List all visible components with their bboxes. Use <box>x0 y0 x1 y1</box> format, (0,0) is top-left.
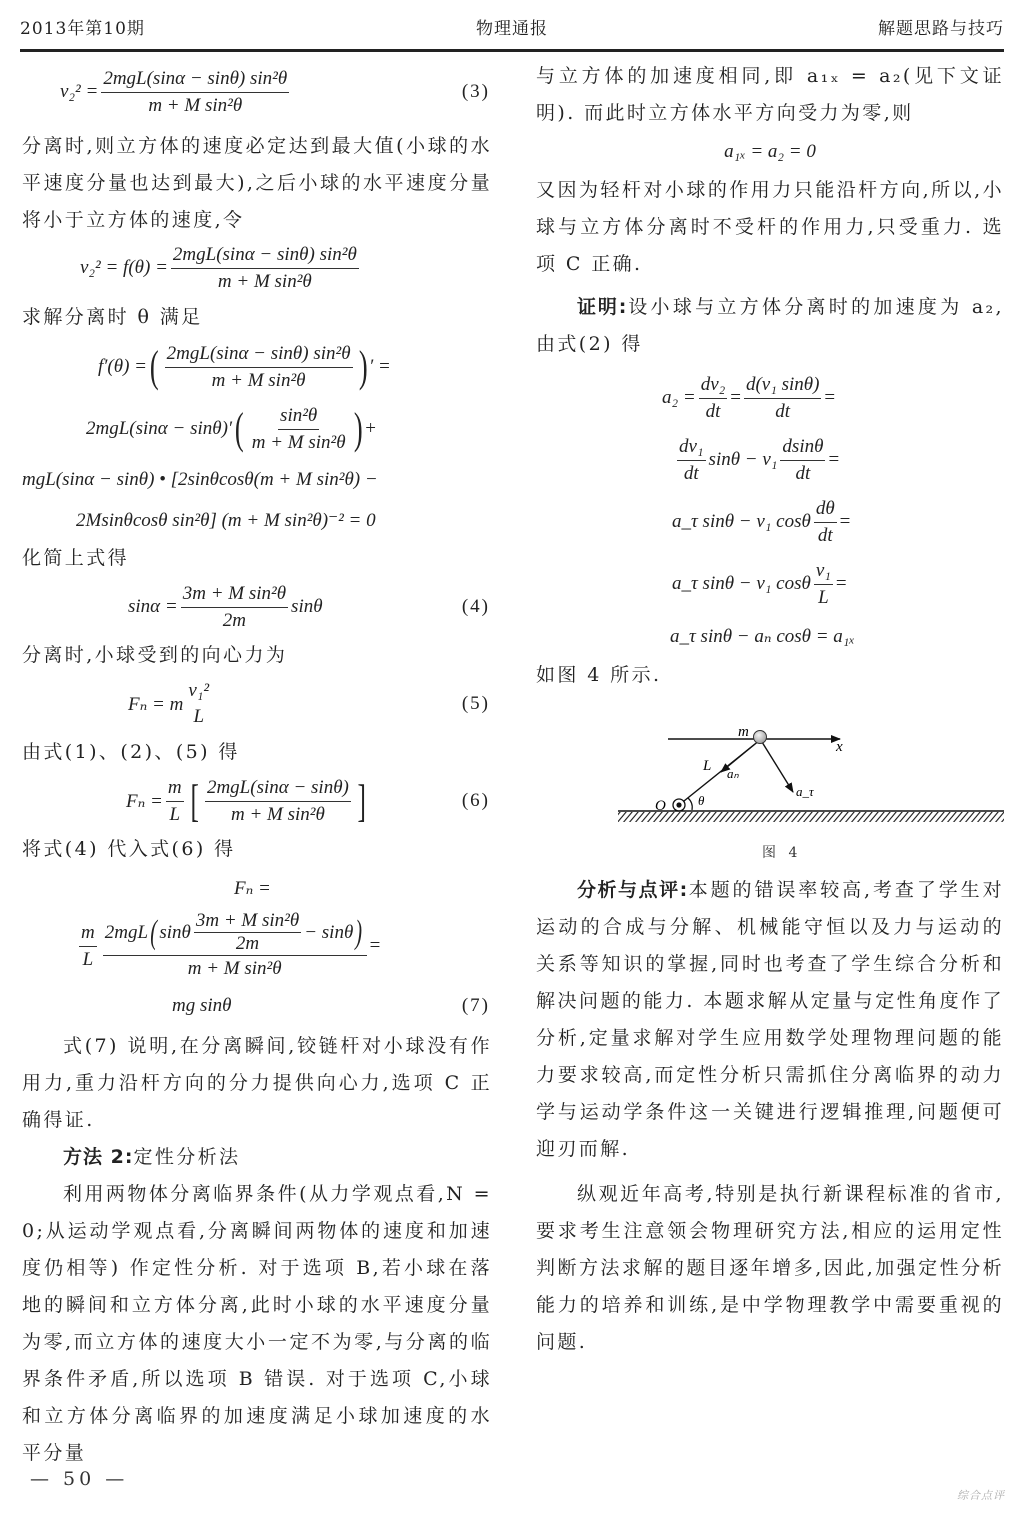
proof3-frac: dθ dt <box>814 497 837 548</box>
proof2-f2-num: dsinθ <box>780 435 825 461</box>
right-bracket: ] <box>357 778 365 824</box>
eq3-lhs: v₂² = <box>60 81 98 103</box>
eqf-denominator: m + M sin²θ <box>216 269 314 294</box>
proof2-mid: sinθ − v₁ <box>709 449 778 471</box>
normal-acc-label: aₙ <box>727 766 740 781</box>
equation-3: v₂² = 2mgL(sinα − sinθ) sin²θ m + M sin²… <box>22 62 492 122</box>
left-paren: ( <box>150 916 157 950</box>
eqf-numerator: 2mgL(sinα − sinθ) sin²θ <box>171 243 359 269</box>
proof-line-4: a_τ sinθ − v₁ cosθ v₁ L = <box>536 553 1004 615</box>
watermark: 综合点评 <box>957 1487 1005 1503</box>
paragraph: 分离时,则立方体的速度必定达到最大值(小球的水平速度分量也达到最大),之后小球的… <box>22 128 492 239</box>
pivot-center-icon <box>676 802 681 807</box>
paragraph: 求解分离时 θ 满足 <box>22 299 492 336</box>
figure-caption: 图 4 <box>762 842 801 862</box>
figure-4-diagram: x m L aₙ a_τ θ O <box>600 712 1020 872</box>
eq4-fraction: 3m + M sin²θ 2m <box>181 582 288 633</box>
left-column: v₂² = 2mgL(sinα − sinθ) sin²θ m + M sin²… <box>22 62 492 1472</box>
tangent-acc-arrow <box>762 742 793 792</box>
proof1-f2-num: d(v₁ sinθ) <box>744 373 821 399</box>
method2-heading: 方法 2:定性分析法 <box>22 1139 492 1176</box>
mass-label: m <box>738 724 749 740</box>
header-rule <box>20 49 1004 52</box>
method2-title: 定性分析法 <box>133 1146 240 1168</box>
eq5-numerator: v₁² <box>186 679 211 704</box>
proof4-num: v₁ <box>814 559 833 585</box>
eq7-2mgl: 2mgL <box>105 921 148 945</box>
equation-7: Fₙ = m L 2mgL ( sinθ 3m + M sin²θ 2m − s… <box>22 868 492 1028</box>
paragraph: 将式(4) 代入式(6) 得 <box>22 831 492 868</box>
eq3-fraction: 2mgL(sinα − sinθ) sin²θ m + M sin²θ <box>101 67 289 118</box>
deriv-lhs: f′(θ) = <box>98 356 147 378</box>
proof3-tail: = <box>840 511 851 533</box>
eq6-m: m <box>166 776 184 802</box>
review-paragraph: 分析与点评:本题的错误率较高,考查了学生对运动的合成与分解、机械能守恒以及力与运… <box>536 872 1004 1168</box>
deriv2-fraction: sin²θ m + M sin²θ <box>250 404 348 455</box>
proof1-tail: = <box>824 387 835 409</box>
proof1-frac1: dv₂ dt <box>699 373 728 424</box>
equation-5: Fₙ = m v₁² L (5) <box>22 674 492 734</box>
proof2-frac1: dv₁ dt <box>677 435 706 486</box>
eq6-l: L <box>167 802 182 827</box>
deriv2-head: 2mgL(sinα − sinθ)′ <box>86 418 232 440</box>
eq7-inner-tail: − sinθ <box>304 921 353 945</box>
deriv-fraction: 2mgL(sinα − sinθ) sin²θ m + M sin²θ <box>165 342 353 393</box>
eq7-inner-den: 2m <box>234 933 261 954</box>
proof4-den: L <box>816 585 831 610</box>
paragraph: 如图 4 所示. <box>536 657 1004 694</box>
proof1-f2-den: dt <box>773 399 792 424</box>
proof3-head: a_τ sinθ − v₁ cosθ <box>672 511 811 533</box>
eq7-outer-fraction: 2mgL ( sinθ 3m + M sin²θ 2m − sinθ ) m +… <box>103 911 367 981</box>
tangent-acc-label: a_τ <box>796 784 815 799</box>
deriv2-numerator: sin²θ <box>278 404 319 430</box>
proof3-num: dθ <box>814 497 837 523</box>
right-column-lower: 分析与点评:本题的错误率较高,考查了学生对运动的合成与分解、机械能守恒以及力与运… <box>536 872 1004 1361</box>
eq6-fraction: 2mgL(sinα − sinθ) m + M sin²θ <box>205 776 351 827</box>
right-paren: ) <box>356 916 363 950</box>
left-paren: ( <box>235 407 244 451</box>
equation-4: sinα = 3m + M sin²θ 2m sinθ (4) <box>22 577 492 637</box>
review-text: 本题的错误率较高,考查了学生对运动的合成与分解、机械能守恒以及力与运动的关系等知… <box>536 879 1004 1160</box>
angle-arc <box>688 798 692 810</box>
eq4-tail: sinθ <box>291 596 323 618</box>
paragraph: 化简上式得 <box>22 540 492 577</box>
deriv-denominator: m + M sin²θ <box>210 368 308 393</box>
eq7-number: (7) <box>462 995 490 1017</box>
ground-hatching <box>618 812 1004 822</box>
eq3-number: (3) <box>462 81 490 103</box>
eq6-numerator: 2mgL(sinα − sinθ) <box>205 776 351 802</box>
paragraph: 分离时,小球受到的向心力为 <box>22 637 492 674</box>
right-paren: ) <box>353 407 362 451</box>
eq4-lhs: sinα = <box>128 596 178 618</box>
proof2-tail: = <box>828 449 839 471</box>
paragraph: 由式(1)、(2)、(5) 得 <box>22 734 492 771</box>
proof2-frac2: dsinθ dt <box>780 435 825 486</box>
eq5-denominator: L <box>191 704 206 729</box>
paragraph: 利用两物体分离临界条件(从力学观点看,N = 0;从运动学观点看,分离瞬间两物体… <box>22 1176 492 1472</box>
right-column: 与立方体的加速度相同,即 a₁ₓ = a₂(见下文证明). 而此时立方体水平方向… <box>536 62 1004 694</box>
eq6-number: (6) <box>462 790 490 812</box>
derivative-equation: f′(θ) = ( 2mgL(sinα − sinθ) sin²θ m + M … <box>22 336 492 540</box>
ball-icon <box>754 731 767 744</box>
proof1-f1-den: dt <box>704 399 723 424</box>
right-paren: ) <box>358 345 367 389</box>
proof-line-2: dv₁ dt sinθ − v₁ dsinθ dt = <box>536 429 1004 491</box>
eq4-number: (4) <box>462 596 490 618</box>
proof-line-3: a_τ sinθ − v₁ cosθ dθ dt = <box>536 491 1004 553</box>
eqf-lhs: v₂² = f(θ) = <box>80 257 168 279</box>
proof2-f2-den: dt <box>794 461 813 486</box>
equation-a-zero: a₁ₓ = a₂ = 0 <box>536 132 1004 172</box>
eq3-denominator: m + M sin²θ <box>146 93 244 118</box>
left-bracket: [ <box>190 778 198 824</box>
proof1-mid: = <box>730 387 741 409</box>
paragraph: 又因为轻杆对小球的作用力只能沿杆方向,所以,小球与立方体分离时不受杆的作用力,只… <box>536 172 1004 283</box>
journal-title: 物理通报 <box>0 14 1024 39</box>
deriv-line-3: mgL(sinα − sinθ) • [2sinθcosθ(m + M sin²… <box>22 460 492 500</box>
eq3-numerator: 2mgL(sinα − sinθ) sin²θ <box>101 67 289 93</box>
eqf-fraction: 2mgL(sinα − sinθ) sin²θ m + M sin²θ <box>171 243 359 294</box>
eq6-fraction-m-over-l: m L <box>166 776 184 827</box>
eq6-lhs: Fₙ = <box>126 790 163 813</box>
eq4-numerator: 3m + M sin²θ <box>181 582 288 608</box>
section-title: 解题思路与技巧 <box>878 14 1004 39</box>
proof-line-5: a_τ sinθ − aₙ cosθ = a₁ₓ <box>536 615 1004 657</box>
eq7-m-over-l: m L <box>79 921 97 972</box>
eq4-denominator: 2m <box>221 608 248 633</box>
eq7-line-2: m L 2mgL ( sinθ 3m + M sin²θ 2m − sinθ )… <box>22 908 492 984</box>
eq7-sin: sinθ <box>159 921 191 945</box>
eq7-l: L <box>81 947 96 972</box>
proof1-frac2: d(v₁ sinθ) dt <box>744 373 821 424</box>
eq7-line-3: mg sinθ (7) <box>22 984 492 1028</box>
deriv2-tail: + <box>365 418 376 440</box>
equation-f-theta: v₂² = f(θ) = 2mgL(sinα − sinθ) sin²θ m +… <box>22 239 492 297</box>
eq7-equals: = <box>370 935 381 957</box>
deriv-tail: ′ = <box>370 356 390 378</box>
conclusion-paragraph: 纵观近年高考,特别是执行新课程标准的省市,要求考生注意领会物理研究方法,相应的运… <box>536 1176 1004 1361</box>
review-label: 分析与点评: <box>577 879 688 901</box>
rod-label: L <box>702 758 711 774</box>
angle-label: θ <box>698 793 705 808</box>
proof3-den: dt <box>816 523 835 548</box>
deriv-numerator: 2mgL(sinα − sinθ) sin²θ <box>165 342 353 368</box>
equation-6: Fₙ = m L [ 2mgL(sinα − sinθ) m + M sin²θ… <box>22 771 492 831</box>
method2-label: 方法 2: <box>63 1146 133 1168</box>
eq7-inner-fraction: 3m + M sin²θ 2m <box>194 911 301 954</box>
deriv-line-2: 2mgL(sinα − sinθ)′ ( sin²θ m + M sin²θ )… <box>22 398 492 460</box>
paragraph: 式(7) 说明,在分离瞬间,铰链杆对小球没有作用力,重力沿杆方向的分力提供向心力… <box>22 1028 492 1139</box>
eq7-outer-denominator: m + M sin²θ <box>186 956 284 981</box>
proof4-tail: = <box>836 573 847 595</box>
deriv2-denominator: m + M sin²θ <box>250 430 348 455</box>
page-number: — 50 — <box>30 1468 128 1490</box>
proof2-f1-den: dt <box>682 461 701 486</box>
eq7-result: mg sinθ <box>172 995 231 1017</box>
eq7-line-1: Fₙ = <box>22 868 492 908</box>
proof2-f1-num: dv₁ <box>677 435 706 461</box>
eq5-lhs: Fₙ = m <box>128 693 183 716</box>
proof-paragraph: 证明:设小球与立方体分离时的加速度为 a₂,由式(2) 得 <box>536 289 1004 363</box>
paragraph: 与立方体的加速度相同,即 a₁ₓ = a₂(见下文证明). 而此时立方体水平方向… <box>536 58 1004 132</box>
deriv-line-1: f′(θ) = ( 2mgL(sinα − sinθ) sin²θ m + M … <box>22 336 492 398</box>
eq5-number: (5) <box>462 693 490 715</box>
proof4-frac: v₁ L <box>814 559 833 610</box>
eq7-inner-num: 3m + M sin²θ <box>194 911 301 933</box>
x-axis-label: x <box>835 739 843 755</box>
proof1-lhs: a₂ = <box>662 387 696 409</box>
proof-label: 证明: <box>577 296 627 318</box>
proof-line-1: a₂ = dv₂ dt = d(v₁ sinθ) dt = <box>536 367 1004 429</box>
eq7-m: m <box>79 921 97 947</box>
eq7-outer-numerator: 2mgL ( sinθ 3m + M sin²θ 2m − sinθ ) <box>103 911 367 956</box>
left-paren: ( <box>150 345 159 389</box>
proof-equation: a₂ = dv₂ dt = d(v₁ sinθ) dt = dv₁ dt sin… <box>536 367 1004 657</box>
deriv-line-4: 2Msinθcosθ sin²θ] (m + M sin²θ)⁻² = 0 <box>22 500 492 540</box>
eq5-fraction: v₁² L <box>186 679 211 729</box>
eq6-denominator: m + M sin²θ <box>229 802 327 827</box>
proof4-head: a_τ sinθ − v₁ cosθ <box>672 573 811 595</box>
proof1-f1-num: dv₂ <box>699 373 728 399</box>
